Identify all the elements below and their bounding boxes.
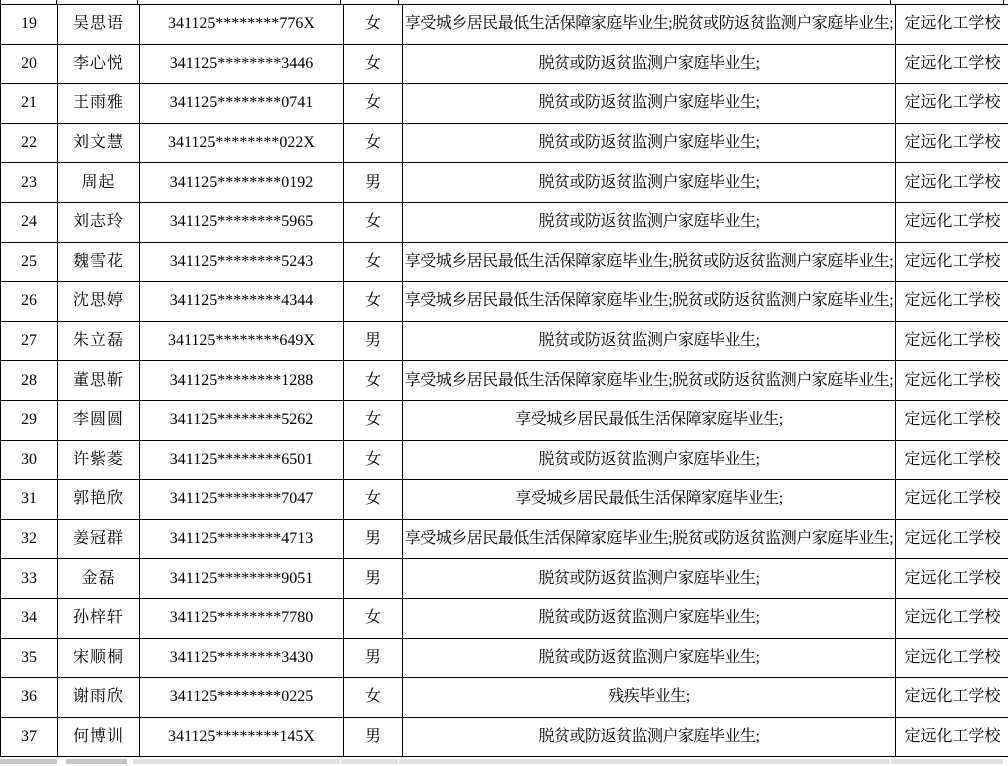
school-cell: 定远化工学校 [896,717,1008,757]
shaded-segment [66,759,127,764]
school-cell: 定远化工学校 [896,44,1008,84]
school-cell: 定远化工学校 [896,480,1008,520]
document-page: 19 吴思语 341125********776X 女 享受城乡居民最低生活保障… [0,0,1008,766]
category-cell: 脱贫或防返贫监测户家庭毕业生; [403,44,896,84]
row-number-cell: 26 [1,282,58,322]
name-cell: 刘文慧 [58,123,140,163]
table-row: 30 许紫菱 341125********6501 女 脱贫或防返贫监测户家庭毕… [1,440,1008,480]
category-cell: 脱贫或防返贫监测户家庭毕业生; [403,321,896,361]
id-number-cell: 341125********145X [140,717,344,757]
gender-cell: 男 [344,559,403,599]
category-cell: 脱贫或防返贫监测户家庭毕业生; [403,202,896,242]
table-row: 23 周起 341125********0192 男 脱贫或防返贫监测户家庭毕业… [1,163,1008,203]
row-number-cell: 34 [1,598,58,638]
row-number-cell: 30 [1,440,58,480]
id-number-cell: 341125********649X [140,321,344,361]
name-cell: 谢雨欣 [58,678,140,718]
name-cell: 姜冠群 [58,519,140,559]
gender-cell: 女 [344,400,403,440]
id-number-cell: 341125********5262 [140,400,344,440]
category-cell: 脱贫或防返贫监测户家庭毕业生; [403,638,896,678]
category-cell: 享受城乡居民最低生活保障家庭毕业生;脱贫或防返贫监测户家庭毕业生; [403,242,896,282]
row-number-cell: 37 [1,717,58,757]
name-cell: 郭艳欣 [58,480,140,520]
table-row: 33 金磊 341125********9051 男 脱贫或防返贫监测户家庭毕业… [1,559,1008,599]
school-cell: 定远化工学校 [896,559,1008,599]
table-row: 22 刘文慧 341125********022X 女 脱贫或防返贫监测户家庭毕… [1,123,1008,163]
id-number-cell: 341125********0741 [140,84,344,124]
category-cell: 享受城乡居民最低生活保障家庭毕业生;脱贫或防返贫监测户家庭毕业生; [403,519,896,559]
gender-cell: 女 [344,598,403,638]
id-number-cell: 341125********3446 [140,44,344,84]
row-number-cell: 29 [1,400,58,440]
row-number-cell: 27 [1,321,58,361]
table-row: 37 何博训 341125********145X 男 脱贫或防返贫监测户家庭毕… [1,717,1008,757]
id-number-cell: 341125********4713 [140,519,344,559]
name-cell: 王雨雅 [58,84,140,124]
id-number-cell: 341125********9051 [140,559,344,599]
table-row: 24 刘志玲 341125********5965 女 脱贫或防返贫监测户家庭毕… [1,202,1008,242]
name-cell: 沈思婷 [58,282,140,322]
table-row: 27 朱立磊 341125********649X 男 脱贫或防返贫监测户家庭毕… [1,321,1008,361]
gender-cell: 女 [344,282,403,322]
school-cell: 定远化工学校 [896,678,1008,718]
name-cell: 何博训 [58,717,140,757]
id-number-cell: 341125********0225 [140,678,344,718]
table-row: 28 董思靳 341125********1288 女 享受城乡居民最低生活保障… [1,361,1008,401]
name-cell: 宋顺桐 [58,638,140,678]
name-cell: 李心悦 [58,44,140,84]
category-cell: 脱贫或防返贫监测户家庭毕业生; [403,717,896,757]
name-cell: 金磊 [58,559,140,599]
id-number-cell: 341125********0192 [140,163,344,203]
gender-cell: 女 [344,440,403,480]
category-cell: 享受城乡居民最低生活保障家庭毕业生; [403,480,896,520]
shaded-segment [341,759,398,764]
row-number-cell: 19 [1,5,58,45]
school-cell: 定远化工学校 [896,519,1008,559]
gender-cell: 男 [344,519,403,559]
bottom-partial-row [0,759,1008,765]
category-cell: 脱贫或防返贫监测户家庭毕业生; [403,163,896,203]
category-cell: 享受城乡居民最低生活保障家庭毕业生; [403,400,896,440]
school-cell: 定远化工学校 [896,282,1008,322]
name-cell: 朱立磊 [58,321,140,361]
row-number-cell: 33 [1,559,58,599]
table-row: 20 李心悦 341125********3446 女 脱贫或防返贫监测户家庭毕… [1,44,1008,84]
id-number-cell: 341125********776X [140,5,344,45]
row-number-cell: 21 [1,84,58,124]
row-number-cell: 28 [1,361,58,401]
table-row: 31 郭艳欣 341125********7047 女 享受城乡居民最低生活保障… [1,480,1008,520]
school-cell: 定远化工学校 [896,84,1008,124]
table-row: 21 王雨雅 341125********0741 女 脱贫或防返贫监测户家庭毕… [1,84,1008,124]
id-number-cell: 341125********5243 [140,242,344,282]
gender-cell: 女 [344,44,403,84]
category-cell: 享受城乡居民最低生活保障家庭毕业生;脱贫或防返贫监测户家庭毕业生; [403,282,896,322]
row-number-cell: 35 [1,638,58,678]
school-cell: 定远化工学校 [896,321,1008,361]
row-number-cell: 20 [1,44,58,84]
row-number-cell: 36 [1,678,58,718]
gender-cell: 男 [344,321,403,361]
row-number-cell: 31 [1,480,58,520]
table-row: 32 姜冠群 341125********4713 男 享受城乡居民最低生活保障… [1,519,1008,559]
table-row: 26 沈思婷 341125********4344 女 享受城乡居民最低生活保障… [1,282,1008,322]
school-cell: 定远化工学校 [896,123,1008,163]
school-cell: 定远化工学校 [896,598,1008,638]
category-cell: 残疾毕业生; [403,678,896,718]
table-row: 36 谢雨欣 341125********0225 女 残疾毕业生; 定远化工学… [1,678,1008,718]
student-subsidy-table: 19 吴思语 341125********776X 女 享受城乡居民最低生活保障… [0,4,1008,757]
gender-cell: 女 [344,480,403,520]
category-cell: 享受城乡居民最低生活保障家庭毕业生;脱贫或防返贫监测户家庭毕业生; [403,361,896,401]
name-cell: 许紫菱 [58,440,140,480]
table-row: 34 孙梓轩 341125********7780 女 脱贫或防返贫监测户家庭毕… [1,598,1008,638]
name-cell: 魏雪花 [58,242,140,282]
category-cell: 脱贫或防返贫监测户家庭毕业生; [403,559,896,599]
school-cell: 定远化工学校 [896,400,1008,440]
category-cell: 脱贫或防返贫监测户家庭毕业生; [403,123,896,163]
shaded-segment [399,759,890,764]
shaded-segment [133,759,340,764]
category-cell: 享受城乡居民最低生活保障家庭毕业生;脱贫或防返贫监测户家庭毕业生; [403,5,896,45]
school-cell: 定远化工学校 [896,5,1008,45]
table-row: 19 吴思语 341125********776X 女 享受城乡居民最低生活保障… [1,5,1008,45]
row-number-cell: 32 [1,519,58,559]
row-number-cell: 23 [1,163,58,203]
school-cell: 定远化工学校 [896,163,1008,203]
shaded-segment [0,759,57,764]
category-cell: 脱贫或防返贫监测户家庭毕业生; [403,598,896,638]
name-cell: 孙梓轩 [58,598,140,638]
table-row: 35 宋顺桐 341125********3430 男 脱贫或防返贫监测户家庭毕… [1,638,1008,678]
school-cell: 定远化工学校 [896,202,1008,242]
school-cell: 定远化工学校 [896,361,1008,401]
gender-cell: 女 [344,84,403,124]
row-number-cell: 22 [1,123,58,163]
id-number-cell: 341125********3430 [140,638,344,678]
table-row: 29 李圆圆 341125********5262 女 享受城乡居民最低生活保障… [1,400,1008,440]
shaded-segment [891,759,1003,764]
category-cell: 脱贫或防返贫监测户家庭毕业生; [403,440,896,480]
gender-cell: 女 [344,202,403,242]
gender-cell: 男 [344,717,403,757]
id-number-cell: 341125********7047 [140,480,344,520]
name-cell: 刘志玲 [58,202,140,242]
name-cell: 周起 [58,163,140,203]
school-cell: 定远化工学校 [896,638,1008,678]
gender-cell: 女 [344,678,403,718]
gender-cell: 女 [344,361,403,401]
gender-cell: 男 [344,163,403,203]
id-number-cell: 341125********6501 [140,440,344,480]
table-body: 19 吴思语 341125********776X 女 享受城乡居民最低生活保障… [1,5,1008,757]
table-row: 25 魏雪花 341125********5243 女 享受城乡居民最低生活保障… [1,242,1008,282]
name-cell: 李圆圆 [58,400,140,440]
school-cell: 定远化工学校 [896,242,1008,282]
gender-cell: 女 [344,123,403,163]
school-cell: 定远化工学校 [896,440,1008,480]
row-number-cell: 25 [1,242,58,282]
id-number-cell: 341125********7780 [140,598,344,638]
name-cell: 吴思语 [58,5,140,45]
id-number-cell: 341125********5965 [140,202,344,242]
name-cell: 董思靳 [58,361,140,401]
gender-cell: 男 [344,638,403,678]
row-number-cell: 24 [1,202,58,242]
gender-cell: 女 [344,5,403,45]
id-number-cell: 341125********1288 [140,361,344,401]
gender-cell: 女 [344,242,403,282]
category-cell: 脱贫或防返贫监测户家庭毕业生; [403,84,896,124]
id-number-cell: 341125********022X [140,123,344,163]
id-number-cell: 341125********4344 [140,282,344,322]
